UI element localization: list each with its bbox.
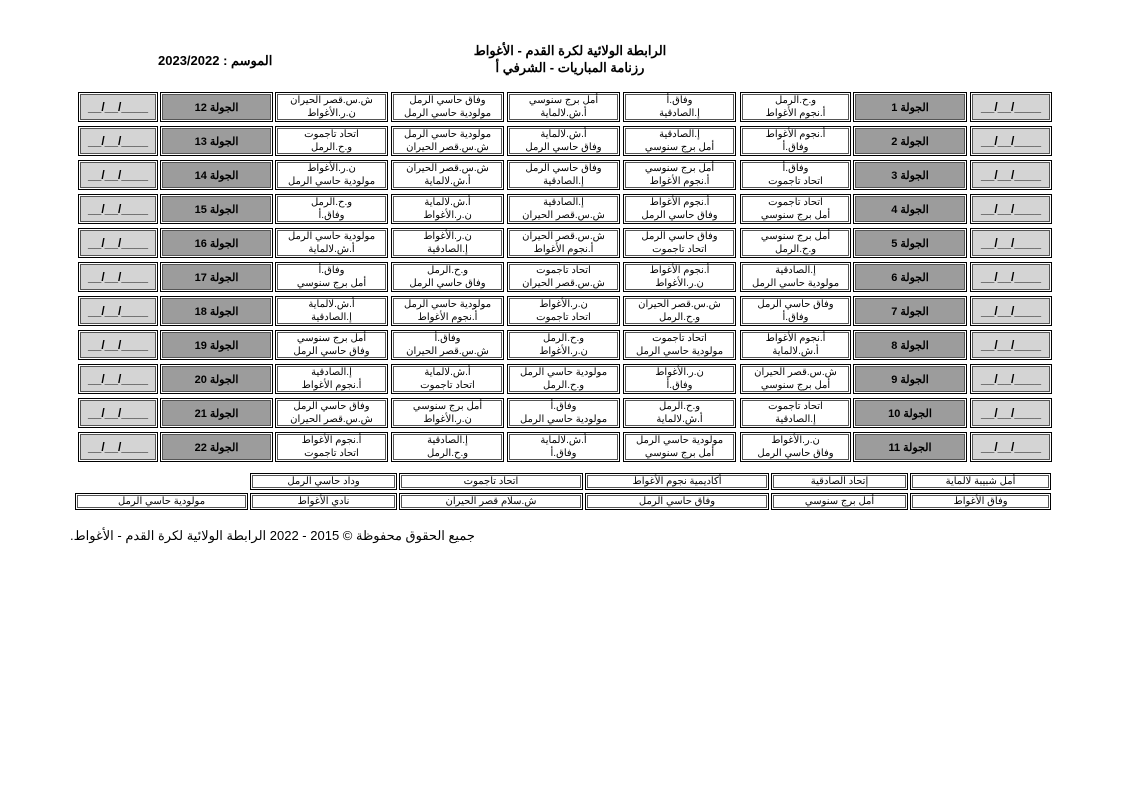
- away-team: وفاق.أ: [783, 141, 809, 154]
- away-team: وفاق حاسي الرمل: [409, 277, 485, 290]
- match-cell: ش.س.قصر الحيرانأمل برج سنوسي: [740, 364, 851, 394]
- home-team: اتحاد تاجموت: [768, 400, 823, 413]
- date-placeholder: __/__/____: [88, 440, 148, 454]
- match-cell: أمل برج سنوسين.ر.الأغواط: [391, 398, 504, 428]
- away-team: اتحاد تاجموت: [652, 243, 707, 256]
- date-placeholder: __/__/____: [88, 304, 148, 318]
- round-row: __/__/____الجولة 10اتحاد تاجموتإ.الصادقي…: [78, 398, 1052, 432]
- date-field[interactable]: __/__/____: [970, 432, 1052, 462]
- match-cell: وفاق حاسي الرملوفاق.أ: [740, 296, 851, 326]
- away-team: ش.س.قصر الحيران: [290, 413, 373, 426]
- home-team: اتحاد تاجموت: [652, 332, 707, 345]
- round-label: الجولة 15: [160, 194, 273, 224]
- home-team: اتحاد تاجموت: [304, 128, 359, 141]
- match-cell: ن.ر.الأغواطاتحاد تاجموت: [507, 296, 620, 326]
- match-cell: وفاق.أاتحاد تاجموت: [740, 160, 851, 190]
- away-team: أ.نجوم الأغواط: [650, 175, 710, 188]
- away-team: إ.الصادقية: [775, 413, 816, 426]
- schedule-grid: __/__/____الجولة 1و.ح.الرملأ.نجوم الأغوا…: [78, 92, 1052, 466]
- team-name: وداد حاسي الرمل: [250, 473, 397, 490]
- away-team: مولودية حاسي الرمل: [636, 345, 723, 358]
- home-team: مولودية حاسي الرمل: [520, 366, 607, 379]
- home-team: وفاق حاسي الرمل: [525, 162, 601, 175]
- away-team: أ.ش.لالماية: [656, 413, 702, 426]
- home-team: وفاق.أ: [319, 264, 345, 277]
- away-team: إ.الصادقية: [427, 243, 468, 256]
- date-field[interactable]: __/__/____: [78, 398, 158, 428]
- away-team: ش.س.قصر الحيران: [406, 345, 489, 358]
- away-team: مولودية حاسي الرمل: [404, 107, 491, 120]
- round-row: __/__/____الجولة 8أ.نجوم الأغواطأ.ش.لالم…: [78, 330, 1052, 364]
- home-team: أ.ش.لالماية: [424, 196, 470, 209]
- round-row: __/__/____الجولة 4اتحاد تاجموتأمل برج سن…: [78, 194, 1052, 228]
- round-label: الجولة 6: [853, 262, 967, 292]
- match-cell: إ.الصادقيةو.ح.الرمل: [391, 432, 504, 462]
- date-field[interactable]: __/__/____: [78, 330, 158, 360]
- home-team: وفاق حاسي الرمل: [409, 94, 485, 107]
- date-placeholder: __/__/____: [88, 406, 148, 420]
- round-row: __/__/____الجولة 1و.ح.الرملأ.نجوم الأغوا…: [78, 92, 1052, 126]
- team-name: أمل شبيبة لالماية: [910, 473, 1051, 490]
- match-cell: أ.ش.لالمايةوفاق.أ: [507, 432, 620, 462]
- match-cell: وفاق.أش.س.قصر الحيران: [391, 330, 504, 360]
- team-name: نادي الأغواط: [250, 493, 397, 510]
- team-name: أكاديمية نجوم الأغواط: [585, 473, 769, 490]
- date-field[interactable]: __/__/____: [970, 194, 1052, 224]
- away-team: و.ح.الرمل: [543, 379, 584, 392]
- date-field[interactable]: __/__/____: [970, 228, 1052, 258]
- away-team: أمل برج سنوسي: [761, 379, 830, 392]
- away-team: أمل برج سنوسي: [761, 209, 830, 222]
- date-placeholder: __/__/____: [88, 338, 148, 352]
- away-team: وفاق.أ: [551, 447, 577, 460]
- round-row: __/__/____الجولة 7وفاق حاسي الرملوفاق.أش…: [78, 296, 1052, 330]
- date-placeholder: __/__/____: [88, 168, 148, 182]
- match-cell: أمل برج سنوسيأ.ش.لالماية: [507, 92, 620, 122]
- away-team: اتحاد تاجموت: [768, 175, 823, 188]
- date-field[interactable]: __/__/____: [970, 364, 1052, 394]
- match-cell: أ.نجوم الأغواطاتحاد تاجموت: [275, 432, 388, 462]
- away-team: مولودية حاسي الرمل: [752, 277, 839, 290]
- home-team: و.ح.الرمل: [775, 94, 816, 107]
- match-cell: و.ح.الرملوفاق.أ: [275, 194, 388, 224]
- away-team: ن.ر.الأغواط: [655, 277, 704, 290]
- home-team: أمل برج سنوسي: [761, 230, 830, 243]
- match-cell: مولودية حاسي الرملأ.ش.لالماية: [275, 228, 388, 258]
- match-cell: أ.ش.لالمايةاتحاد تاجموت: [391, 364, 504, 394]
- match-cell: وفاق حاسي الرملاتحاد تاجموت: [623, 228, 736, 258]
- match-cell: ن.ر.الأغواطمولودية حاسي الرمل: [275, 160, 388, 190]
- match-cell: اتحاد تاجموتأمل برج سنوسي: [740, 194, 851, 224]
- match-cell: ن.ر.الأغواطوفاق.أ: [623, 364, 736, 394]
- home-team: ش.س.قصر الحيران: [522, 230, 605, 243]
- match-cell: مولودية حاسي الرملش.س.قصر الحيران: [391, 126, 504, 156]
- away-team: مولودية حاسي الرمل: [520, 413, 607, 426]
- match-cell: و.ح.الرملأ.نجوم الأغواط: [740, 92, 851, 122]
- date-placeholder: __/__/____: [981, 134, 1041, 148]
- team-name: ش.سلام قصر الحيران: [399, 493, 583, 510]
- match-cell: ش.س.قصر الحيرانأ.نجوم الأغواط: [507, 228, 620, 258]
- home-team: أ.ش.لالماية: [424, 366, 470, 379]
- date-placeholder: __/__/____: [88, 202, 148, 216]
- round-label: الجولة 4: [853, 194, 967, 224]
- date-field[interactable]: __/__/____: [970, 262, 1052, 292]
- season-label: الموسم : 2023/2022: [158, 53, 272, 69]
- away-team: إ.الصادقية: [543, 175, 584, 188]
- date-field[interactable]: __/__/____: [78, 160, 158, 190]
- home-team: أمل برج سنوسي: [297, 332, 366, 345]
- date-field[interactable]: __/__/____: [970, 296, 1052, 326]
- home-team: إ.الصادقية: [427, 434, 468, 447]
- match-cell: أمل برج سنوسيو.ح.الرمل: [740, 228, 851, 258]
- home-team: وفاق حاسي الرمل: [293, 400, 369, 413]
- away-team: وفاق حاسي الرمل: [293, 345, 369, 358]
- date-placeholder: __/__/____: [981, 338, 1041, 352]
- match-cell: وفاق حاسي الرملمولودية حاسي الرمل: [391, 92, 504, 122]
- home-team: أ.نجوم الأغواط: [766, 332, 826, 345]
- match-cell: ش.س.قصر الحيرانن.ر.الأغواط: [275, 92, 388, 122]
- date-placeholder: __/__/____: [981, 168, 1041, 182]
- home-team: مولودية حاسي الرمل: [404, 298, 491, 311]
- away-team: وفاق حاسي الرمل: [757, 447, 833, 460]
- round-row: __/__/____الجولة 11ن.ر.الأغواطوفاق حاسي …: [78, 432, 1052, 466]
- away-team: أمل برج سنوسي: [297, 277, 366, 290]
- match-cell: أ.نجوم الأغواطوفاق.أ: [740, 126, 851, 156]
- home-team: إ.الصادقية: [775, 264, 816, 277]
- match-cell: إ.الصادقيةأمل برج سنوسي: [623, 126, 736, 156]
- round-label: الجولة 18: [160, 296, 273, 326]
- team-name: اتحاد تاجموت: [399, 473, 583, 490]
- away-team: ن.ر.الأغواط: [307, 107, 356, 120]
- home-team: ن.ر.الأغواط: [423, 230, 472, 243]
- match-cell: وفاق.أإ.الصادقية: [623, 92, 736, 122]
- match-cell: وفاق حاسي الرملإ.الصادقية: [507, 160, 620, 190]
- date-field[interactable]: __/__/____: [970, 126, 1052, 156]
- date-field[interactable]: __/__/____: [78, 228, 158, 258]
- match-cell: و.ح.الرملأ.ش.لالماية: [623, 398, 736, 428]
- date-field[interactable]: __/__/____: [78, 92, 158, 122]
- home-team: ن.ر.الأغواط: [655, 366, 704, 379]
- date-field[interactable]: __/__/____: [78, 194, 158, 224]
- home-team: اتحاد تاجموت: [768, 196, 823, 209]
- date-placeholder: __/__/____: [88, 372, 148, 386]
- away-team: أمل برج سنوسي: [645, 141, 714, 154]
- title-line-2: رزنامة المباريات - الشرفي أ: [420, 60, 720, 76]
- away-team: وفاق حاسي الرمل: [525, 141, 601, 154]
- match-cell: إ.الصادقيةمولودية حاسي الرمل: [740, 262, 851, 292]
- home-team: وفاق.أ: [667, 94, 693, 107]
- away-team: أ.نجوم الأغواط: [302, 379, 362, 392]
- round-label: الجولة 20: [160, 364, 273, 394]
- team-name: مولودية حاسي الرمل: [75, 493, 248, 510]
- match-cell: وفاق.أأمل برج سنوسي: [275, 262, 388, 292]
- round-label: الجولة 14: [160, 160, 273, 190]
- date-placeholder: __/__/____: [88, 236, 148, 250]
- round-row: __/__/____الجولة 2أ.نجوم الأغواطوفاق.أإ.…: [78, 126, 1052, 160]
- away-team: ش.س.قصر الحيران: [406, 141, 489, 154]
- match-cell: ش.س.قصر الحيرانو.ح.الرمل: [623, 296, 736, 326]
- home-team: ش.س.قصر الحيران: [290, 94, 373, 107]
- away-team: أ.ش.لالماية: [308, 243, 354, 256]
- home-team: مولودية حاسي الرمل: [636, 434, 723, 447]
- away-team: ش.س.قصر الحيران: [522, 277, 605, 290]
- away-team: إ.الصادقية: [659, 107, 700, 120]
- team-name: إتحاد الصادقية: [771, 473, 908, 490]
- away-team: ن.ر.الأغواط: [423, 413, 472, 426]
- match-cell: مولودية حاسي الرملو.ح.الرمل: [507, 364, 620, 394]
- home-team: ش.س.قصر الحيران: [406, 162, 489, 175]
- match-cell: اتحاد تاجموتش.س.قصر الحيران: [507, 262, 620, 292]
- away-team: أ.ش.لالماية: [540, 107, 586, 120]
- date-field[interactable]: __/__/____: [78, 364, 158, 394]
- match-cell: ن.ر.الأغواطإ.الصادقية: [391, 228, 504, 258]
- away-team: وفاق.أ: [783, 311, 809, 324]
- team-name: أمل برج سنوسي: [771, 493, 908, 510]
- home-team: وفاق حاسي الرمل: [757, 298, 833, 311]
- round-label: الجولة 22: [160, 432, 273, 462]
- match-cell: وفاق.أمولودية حاسي الرمل: [507, 398, 620, 428]
- date-placeholder: __/__/____: [88, 270, 148, 284]
- away-team: وفاق حاسي الرمل: [641, 209, 717, 222]
- home-team: أ.نجوم الأغواط: [302, 434, 362, 447]
- home-team: إ.الصادقية: [659, 128, 700, 141]
- home-team: أمل برج سنوسي: [413, 400, 482, 413]
- round-label: الجولة 9: [853, 364, 967, 394]
- date-field[interactable]: __/__/____: [78, 262, 158, 292]
- home-team: اتحاد تاجموت: [536, 264, 591, 277]
- home-team: إ.الصادقية: [543, 196, 584, 209]
- match-cell: وفاق حاسي الرملش.س.قصر الحيران: [275, 398, 388, 428]
- round-label: الجولة 12: [160, 92, 273, 122]
- date-placeholder: __/__/____: [88, 100, 148, 114]
- round-label: الجولة 3: [853, 160, 967, 190]
- away-team: ن.ر.الأغواط: [423, 209, 472, 222]
- away-team: و.ح.الرمل: [775, 243, 816, 256]
- date-placeholder: __/__/____: [981, 270, 1041, 284]
- round-label: الجولة 19: [160, 330, 273, 360]
- home-team: أمل برج سنوسي: [529, 94, 598, 107]
- date-placeholder: __/__/____: [88, 134, 148, 148]
- match-cell: و.ح.الرملن.ر.الأغواط: [507, 330, 620, 360]
- team-name: وفاق الأغواط: [910, 493, 1051, 510]
- match-cell: أمل برج سنوسيأ.نجوم الأغواط: [623, 160, 736, 190]
- round-row: __/__/____الجولة 9ش.س.قصر الحيرانأمل برج…: [78, 364, 1052, 398]
- home-team: أ.ش.لالماية: [540, 128, 586, 141]
- round-label: الجولة 16: [160, 228, 273, 258]
- away-team: أ.نجوم الأغواط: [418, 311, 478, 324]
- home-team: إ.الصادقية: [311, 366, 352, 379]
- away-team: اتحاد تاجموت: [536, 311, 591, 324]
- home-team: أ.نجوم الأغواط: [650, 196, 710, 209]
- round-label: الجولة 1: [853, 92, 967, 122]
- away-team: أ.ش.لالماية: [424, 175, 470, 188]
- match-cell: مولودية حاسي الرملأمل برج سنوسي: [623, 432, 736, 462]
- away-team: أ.ش.لالماية: [772, 345, 818, 358]
- home-team: مولودية حاسي الرمل: [404, 128, 491, 141]
- away-team: و.ح.الرمل: [427, 447, 468, 460]
- title-line-1: الرابطة الولائية لكرة القدم - الأغواط: [420, 43, 720, 59]
- round-label: الجولة 10: [853, 398, 967, 428]
- home-team: وفاق حاسي الرمل: [641, 230, 717, 243]
- match-cell: أ.ش.لالمايةن.ر.الأغواط: [391, 194, 504, 224]
- home-team: ن.ر.الأغواط: [771, 434, 820, 447]
- home-team: أ.نجوم الأغواط: [650, 264, 710, 277]
- away-team: مولودية حاسي الرمل: [288, 175, 375, 188]
- round-row: __/__/____الجولة 3وفاق.أاتحاد تاجموتأمل …: [78, 160, 1052, 194]
- home-team: وفاق.أ: [783, 162, 809, 175]
- away-team: اتحاد تاجموت: [420, 379, 475, 392]
- round-label: الجولة 5: [853, 228, 967, 258]
- away-team: ن.ر.الأغواط: [539, 345, 588, 358]
- team-name: وفاق حاسي الرمل: [585, 493, 769, 510]
- round-label: الجولة 17: [160, 262, 273, 292]
- home-team: أ.ش.لالماية: [308, 298, 354, 311]
- date-field[interactable]: __/__/____: [78, 296, 158, 326]
- away-team: وفاق.أ: [319, 209, 345, 222]
- round-row: __/__/____الجولة 5أمل برج سنوسيو.ح.الرمل…: [78, 228, 1052, 262]
- match-cell: أ.نجوم الأغواطوفاق حاسي الرمل: [623, 194, 736, 224]
- match-cell: أ.نجوم الأغواطن.ر.الأغواط: [623, 262, 736, 292]
- match-cell: ش.س.قصر الحيرانأ.ش.لالماية: [391, 160, 504, 190]
- match-cell: أ.ش.لالمايةوفاق حاسي الرمل: [507, 126, 620, 156]
- home-team: وفاق.أ: [551, 400, 577, 413]
- home-team: و.ح.الرمل: [659, 400, 700, 413]
- away-team: و.ح.الرمل: [311, 141, 352, 154]
- date-field[interactable]: __/__/____: [970, 398, 1052, 428]
- match-cell: اتحاد تاجموتو.ح.الرمل: [275, 126, 388, 156]
- home-team: أ.نجوم الأغواط: [766, 128, 826, 141]
- date-field[interactable]: __/__/____: [970, 92, 1052, 122]
- home-team: ن.ر.الأغواط: [307, 162, 356, 175]
- home-team: ش.س.قصر الحيران: [754, 366, 837, 379]
- match-cell: ن.ر.الأغواطوفاق حاسي الرمل: [740, 432, 851, 462]
- home-team: مولودية حاسي الرمل: [288, 230, 375, 243]
- round-label: الجولة 13: [160, 126, 273, 156]
- away-team: و.ح.الرمل: [659, 311, 700, 324]
- away-team: إ.الصادقية: [311, 311, 352, 324]
- round-label: الجولة 8: [853, 330, 967, 360]
- date-placeholder: __/__/____: [981, 406, 1041, 420]
- match-cell: أمل برج سنوسيوفاق حاسي الرمل: [275, 330, 388, 360]
- home-team: أمل برج سنوسي: [645, 162, 714, 175]
- home-team: أ.ش.لالماية: [540, 434, 586, 447]
- date-field[interactable]: __/__/____: [970, 160, 1052, 190]
- home-team: و.ح.الرمل: [311, 196, 352, 209]
- home-team: ن.ر.الأغواط: [539, 298, 588, 311]
- copyright-footer: جميع الحقوق محفوظة © 2015 - 2022 الرابطة…: [70, 528, 475, 544]
- match-cell: اتحاد تاجموتمولودية حاسي الرمل: [623, 330, 736, 360]
- match-cell: و.ح.الرملوفاق حاسي الرمل: [391, 262, 504, 292]
- round-label: الجولة 21: [160, 398, 273, 428]
- away-team: أ.نجوم الأغواط: [534, 243, 594, 256]
- date-field[interactable]: __/__/____: [78, 432, 158, 462]
- match-cell: أ.نجوم الأغواطأ.ش.لالماية: [740, 330, 851, 360]
- round-label: الجولة 7: [853, 296, 967, 326]
- home-team: و.ح.الرمل: [543, 332, 584, 345]
- away-team: أ.نجوم الأغواط: [766, 107, 826, 120]
- match-cell: أ.ش.لالمايةإ.الصادقية: [275, 296, 388, 326]
- home-team: ش.س.قصر الحيران: [638, 298, 721, 311]
- match-cell: إ.الصادقيةش.س.قصر الحيران: [507, 194, 620, 224]
- home-team: وفاق.أ: [435, 332, 461, 345]
- round-label: الجولة 2: [853, 126, 967, 156]
- date-placeholder: __/__/____: [981, 440, 1041, 454]
- date-field[interactable]: __/__/____: [78, 126, 158, 156]
- date-placeholder: __/__/____: [981, 100, 1041, 114]
- round-row: __/__/____الجولة 6إ.الصادقيةمولودية حاسي…: [78, 262, 1052, 296]
- match-cell: اتحاد تاجموتإ.الصادقية: [740, 398, 851, 428]
- round-label: الجولة 11: [853, 432, 967, 462]
- home-team: و.ح.الرمل: [427, 264, 468, 277]
- date-placeholder: __/__/____: [981, 304, 1041, 318]
- away-team: وفاق.أ: [667, 379, 693, 392]
- away-team: ش.س.قصر الحيران: [522, 209, 605, 222]
- match-cell: مولودية حاسي الرملأ.نجوم الأغواط: [391, 296, 504, 326]
- date-field[interactable]: __/__/____: [970, 330, 1052, 360]
- date-placeholder: __/__/____: [981, 202, 1041, 216]
- date-placeholder: __/__/____: [981, 372, 1041, 386]
- away-team: أمل برج سنوسي: [645, 447, 714, 460]
- match-cell: إ.الصادقيةأ.نجوم الأغواط: [275, 364, 388, 394]
- date-placeholder: __/__/____: [981, 236, 1041, 250]
- away-team: اتحاد تاجموت: [304, 447, 359, 460]
